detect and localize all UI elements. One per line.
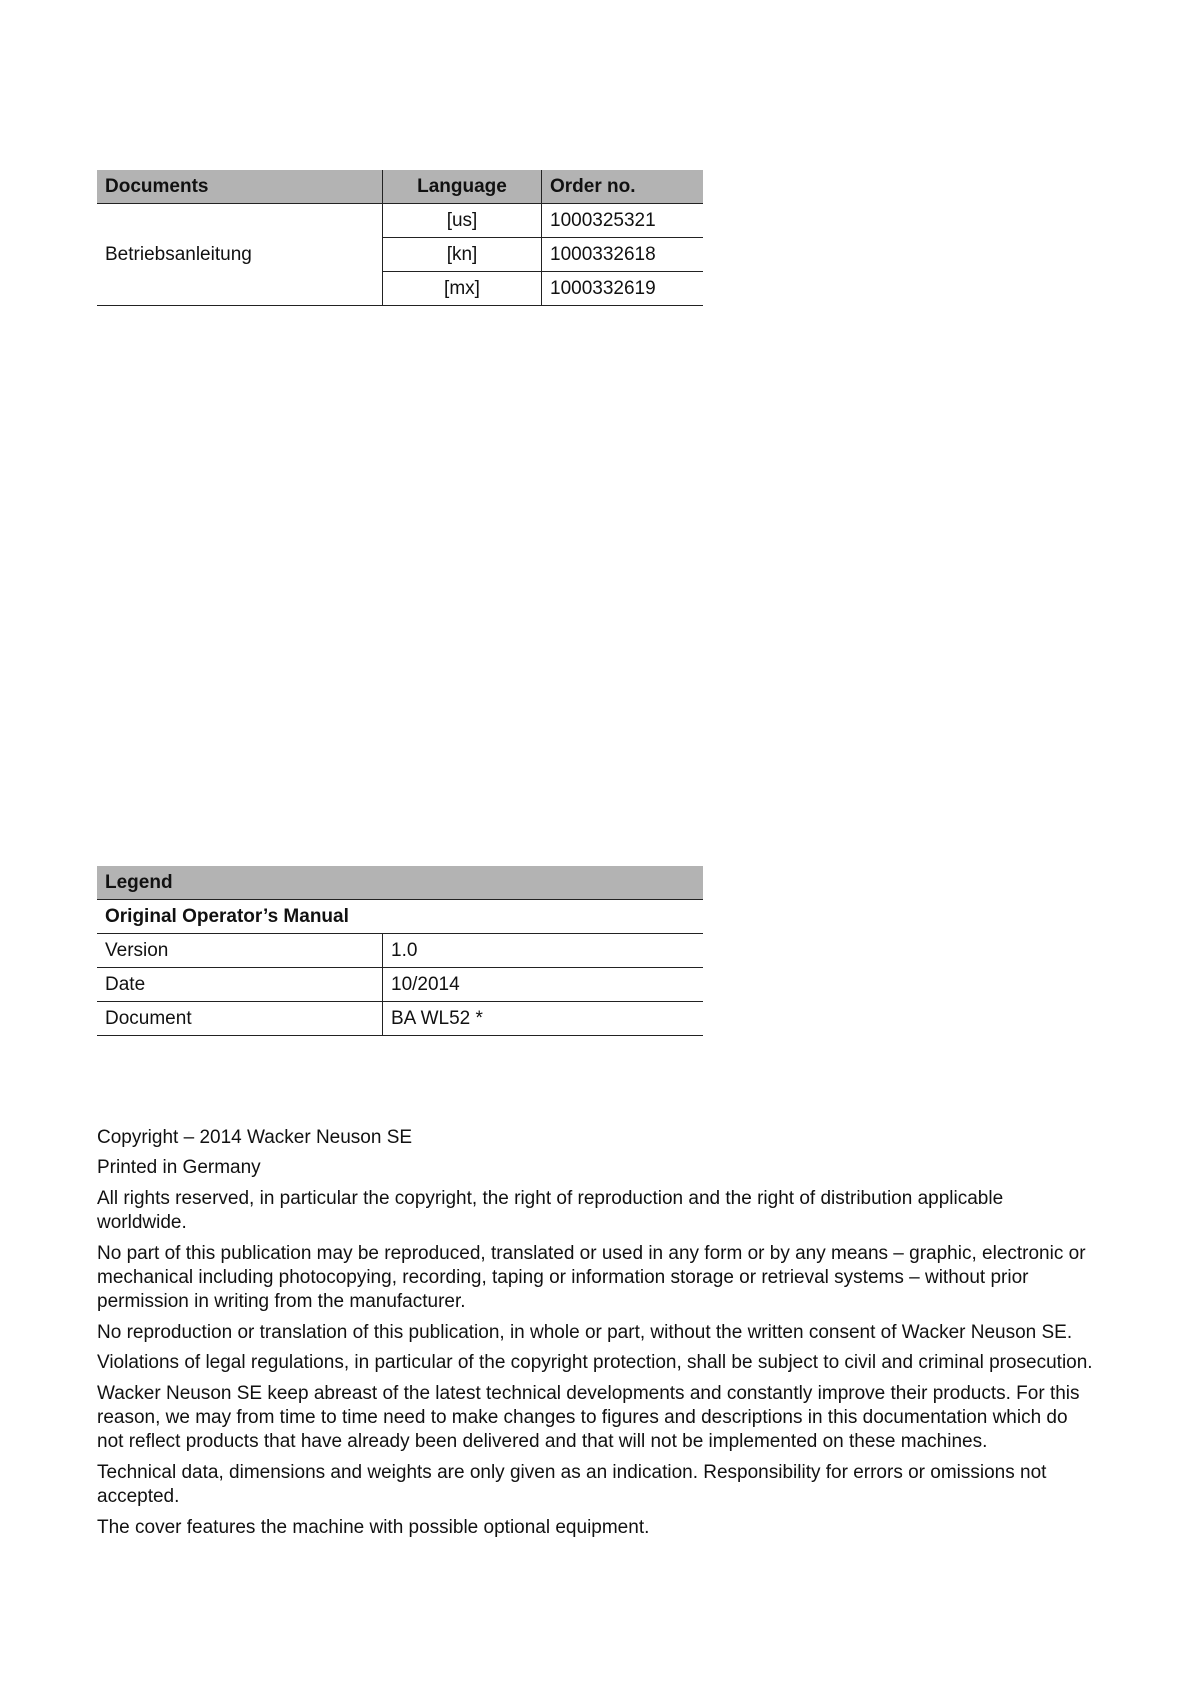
legend-value: BA WL52 * [383,1002,704,1036]
paragraph: Wacker Neuson SE keep abreast of the lat… [97,1382,1097,1455]
table-row: Version 1.0 [97,934,703,968]
order-no-cell: 1000325321 [542,204,704,238]
table-row: Document BA WL52 * [97,1002,703,1036]
documents-table: Documents Language Order no. Betriebsanl… [97,170,703,306]
paragraph: All rights reserved, in particular the c… [97,1187,1097,1236]
table-header-row: Documents Language Order no. [97,170,703,204]
language-cell: [us] [383,204,542,238]
paragraph: Technical data, dimensions and weights a… [97,1461,1097,1510]
copyright-notice: Copyright – 2014 Wacker Neuson SE Printe… [97,1126,1097,1546]
legend-value: 10/2014 [383,968,704,1002]
paragraph: Printed in Germany [97,1156,1097,1180]
legend-value: 1.0 [383,934,704,968]
table-row: Betriebsanleitung [us] 1000325321 [97,204,703,238]
paragraph: Violations of legal regulations, in part… [97,1351,1097,1375]
order-no-cell: 1000332619 [542,272,704,306]
header-order-no: Order no. [542,170,704,204]
language-cell: [mx] [383,272,542,306]
language-cell: [kn] [383,238,542,272]
paragraph: The cover features the machine with poss… [97,1516,1097,1540]
legend-header-row: Legend [97,866,703,900]
order-no-cell: 1000332618 [542,238,704,272]
legend-subheader-row: Original Operator’s Manual [97,900,703,934]
paragraph: No part of this publication may be repro… [97,1242,1097,1315]
header-documents: Documents [97,170,383,204]
legend-key: Date [97,968,383,1002]
legend-key: Version [97,934,383,968]
paragraph: No reproduction or translation of this p… [97,1321,1097,1345]
legend-key: Document [97,1002,383,1036]
legend-subheader: Original Operator’s Manual [97,900,703,934]
paragraph: Copyright – 2014 Wacker Neuson SE [97,1126,1097,1150]
document-name: Betriebsanleitung [97,204,383,306]
header-language: Language [383,170,542,204]
legend-table: Legend Original Operator’s Manual Versio… [97,866,703,1036]
table-row: Date 10/2014 [97,968,703,1002]
legend-header: Legend [97,866,703,900]
